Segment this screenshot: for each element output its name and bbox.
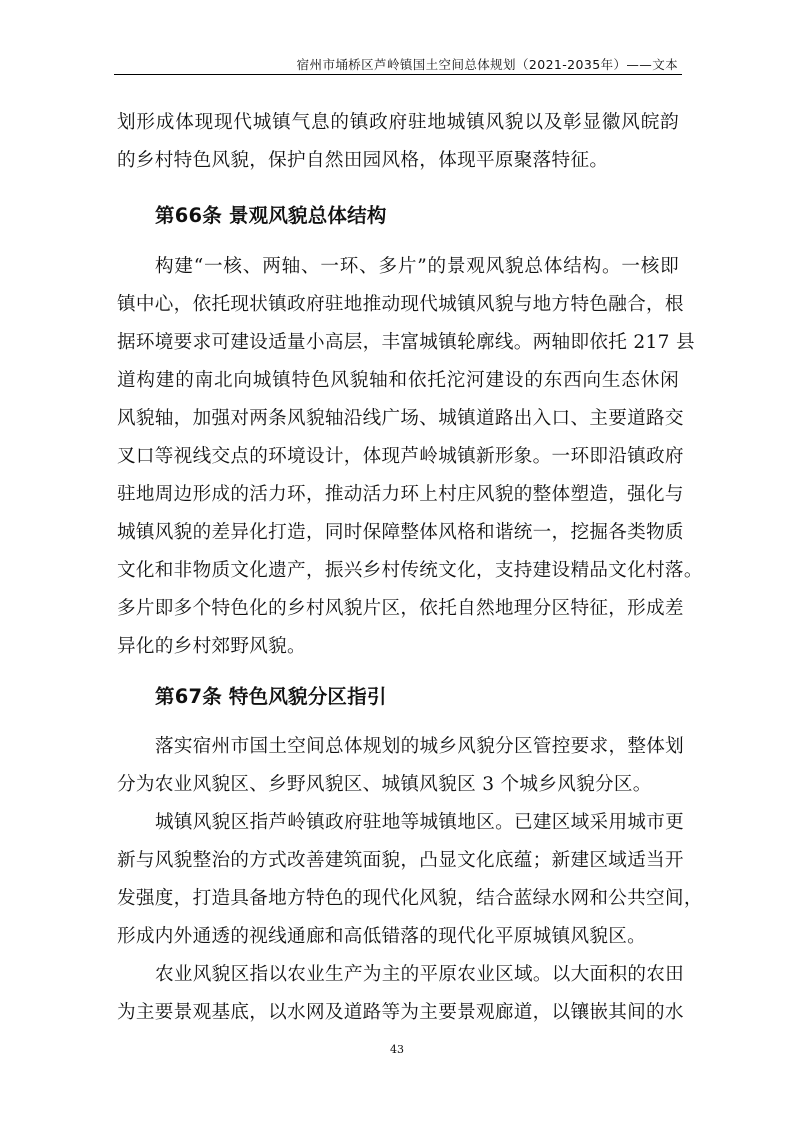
text-line: 农业风貌区指以农业生产为主的平原农业区域。以大面积的农田 — [117, 956, 679, 994]
text-line: 镇中心，依托现状镇政府驻地推动现代城镇风貌与地方特色融合，根 — [117, 286, 679, 324]
document-title: 宿州市埇桥区芦岭镇国土空间总体规划（2021-2035年）——文本 — [297, 55, 678, 73]
text-line: 驻地周边形成的活力环，推动活力环上村庄风貌的整体塑造，强化与 — [117, 476, 679, 514]
text-line: 划形成体现现代城镇气息的镇政府驻地城镇风貌以及彰显徽风皖韵 — [117, 104, 679, 142]
page-number: 43 — [0, 1043, 794, 1056]
text-line: 城镇风貌区指芦岭镇政府驻地等城镇地区。已建区域采用城市更 — [117, 804, 679, 842]
text-line: 城镇风貌的差异化打造，同时保障整体风格和谐统一，挖掘各类物质 — [117, 514, 679, 552]
text-line: 形成内外通透的视线通廊和高低错落的现代化平原城镇风貌区。 — [117, 918, 679, 956]
page-header: 宿州市埇桥区芦岭镇国土空间总体规划（2021-2035年）——文本 — [114, 54, 682, 75]
text-line: 多片即多个特色化的乡村风貌片区，依托自然地理分区特征，形成差 — [117, 590, 679, 628]
section-67-paragraph-2: 城镇风貌区指芦岭镇政府驻地等城镇地区。已建区域采用城市更 新与风貌整治的方式改善… — [117, 804, 679, 956]
text-line: 风貌轴，加强对两条风貌轴沿线广场、城镇道路出入口、主要道路交 — [117, 400, 679, 438]
text-line: 落实宿州市国土空间总体规划的城乡风貌分区管控要求，整体划 — [117, 728, 679, 766]
text-line: 分为农业风貌区、乡野风貌区、城镇风貌区 3 个城乡风貌分区。 — [117, 766, 679, 804]
text-line: 构建“一核、两轴、一环、多片”的景观风貌总体结构。一核即 — [117, 248, 679, 286]
intro-paragraph: 划形成体现现代城镇气息的镇政府驻地城镇风貌以及彰显徽风皖韵 的乡村特色风貌，保护… — [117, 104, 679, 180]
text-line: 据环境要求可建设适量小高层，丰富城镇轮廓线。两轴即依托 217 县 — [117, 324, 679, 362]
section-66-heading: 第66条 景观风貌总体结构 — [155, 200, 387, 228]
text-line: 新与风貌整治的方式改善建筑面貌，凸显文化底蕴；新建区域适当开 — [117, 842, 679, 880]
text-line: 为主要景观基底，以水网及道路等为主要景观廊道，以镶嵌其间的水 — [117, 994, 679, 1032]
section-67-paragraph-3: 农业风貌区指以农业生产为主的平原农业区域。以大面积的农田 为主要景观基底，以水网… — [117, 956, 679, 1032]
text-line: 异化的乡村郊野风貌。 — [117, 628, 679, 666]
text-line: 道构建的南北向城镇特色风貌轴和依托沱河建设的东西向生态休闲 — [117, 362, 679, 400]
text-line: 文化和非物质文化遗产，振兴乡村传统文化，支持建设精品文化村落。 — [117, 552, 679, 590]
text-line: 发强度，打造具备地方特色的现代化风貌，结合蓝绿水网和公共空间， — [117, 880, 679, 918]
text-line: 的乡村特色风貌，保护自然田园风格，体现平原聚落特征。 — [117, 142, 679, 180]
section-66-paragraph: 构建“一核、两轴、一环、多片”的景观风貌总体结构。一核即 镇中心，依托现状镇政府… — [117, 248, 679, 666]
section-67-paragraph-1: 落实宿州市国土空间总体规划的城乡风貌分区管控要求，整体划 分为农业风貌区、乡野风… — [117, 728, 679, 804]
text-line: 叉口等视线交点的环境设计，体现芦岭城镇新形象。一环即沿镇政府 — [117, 438, 679, 476]
section-67-heading: 第67条 特色风貌分区指引 — [155, 681, 387, 709]
